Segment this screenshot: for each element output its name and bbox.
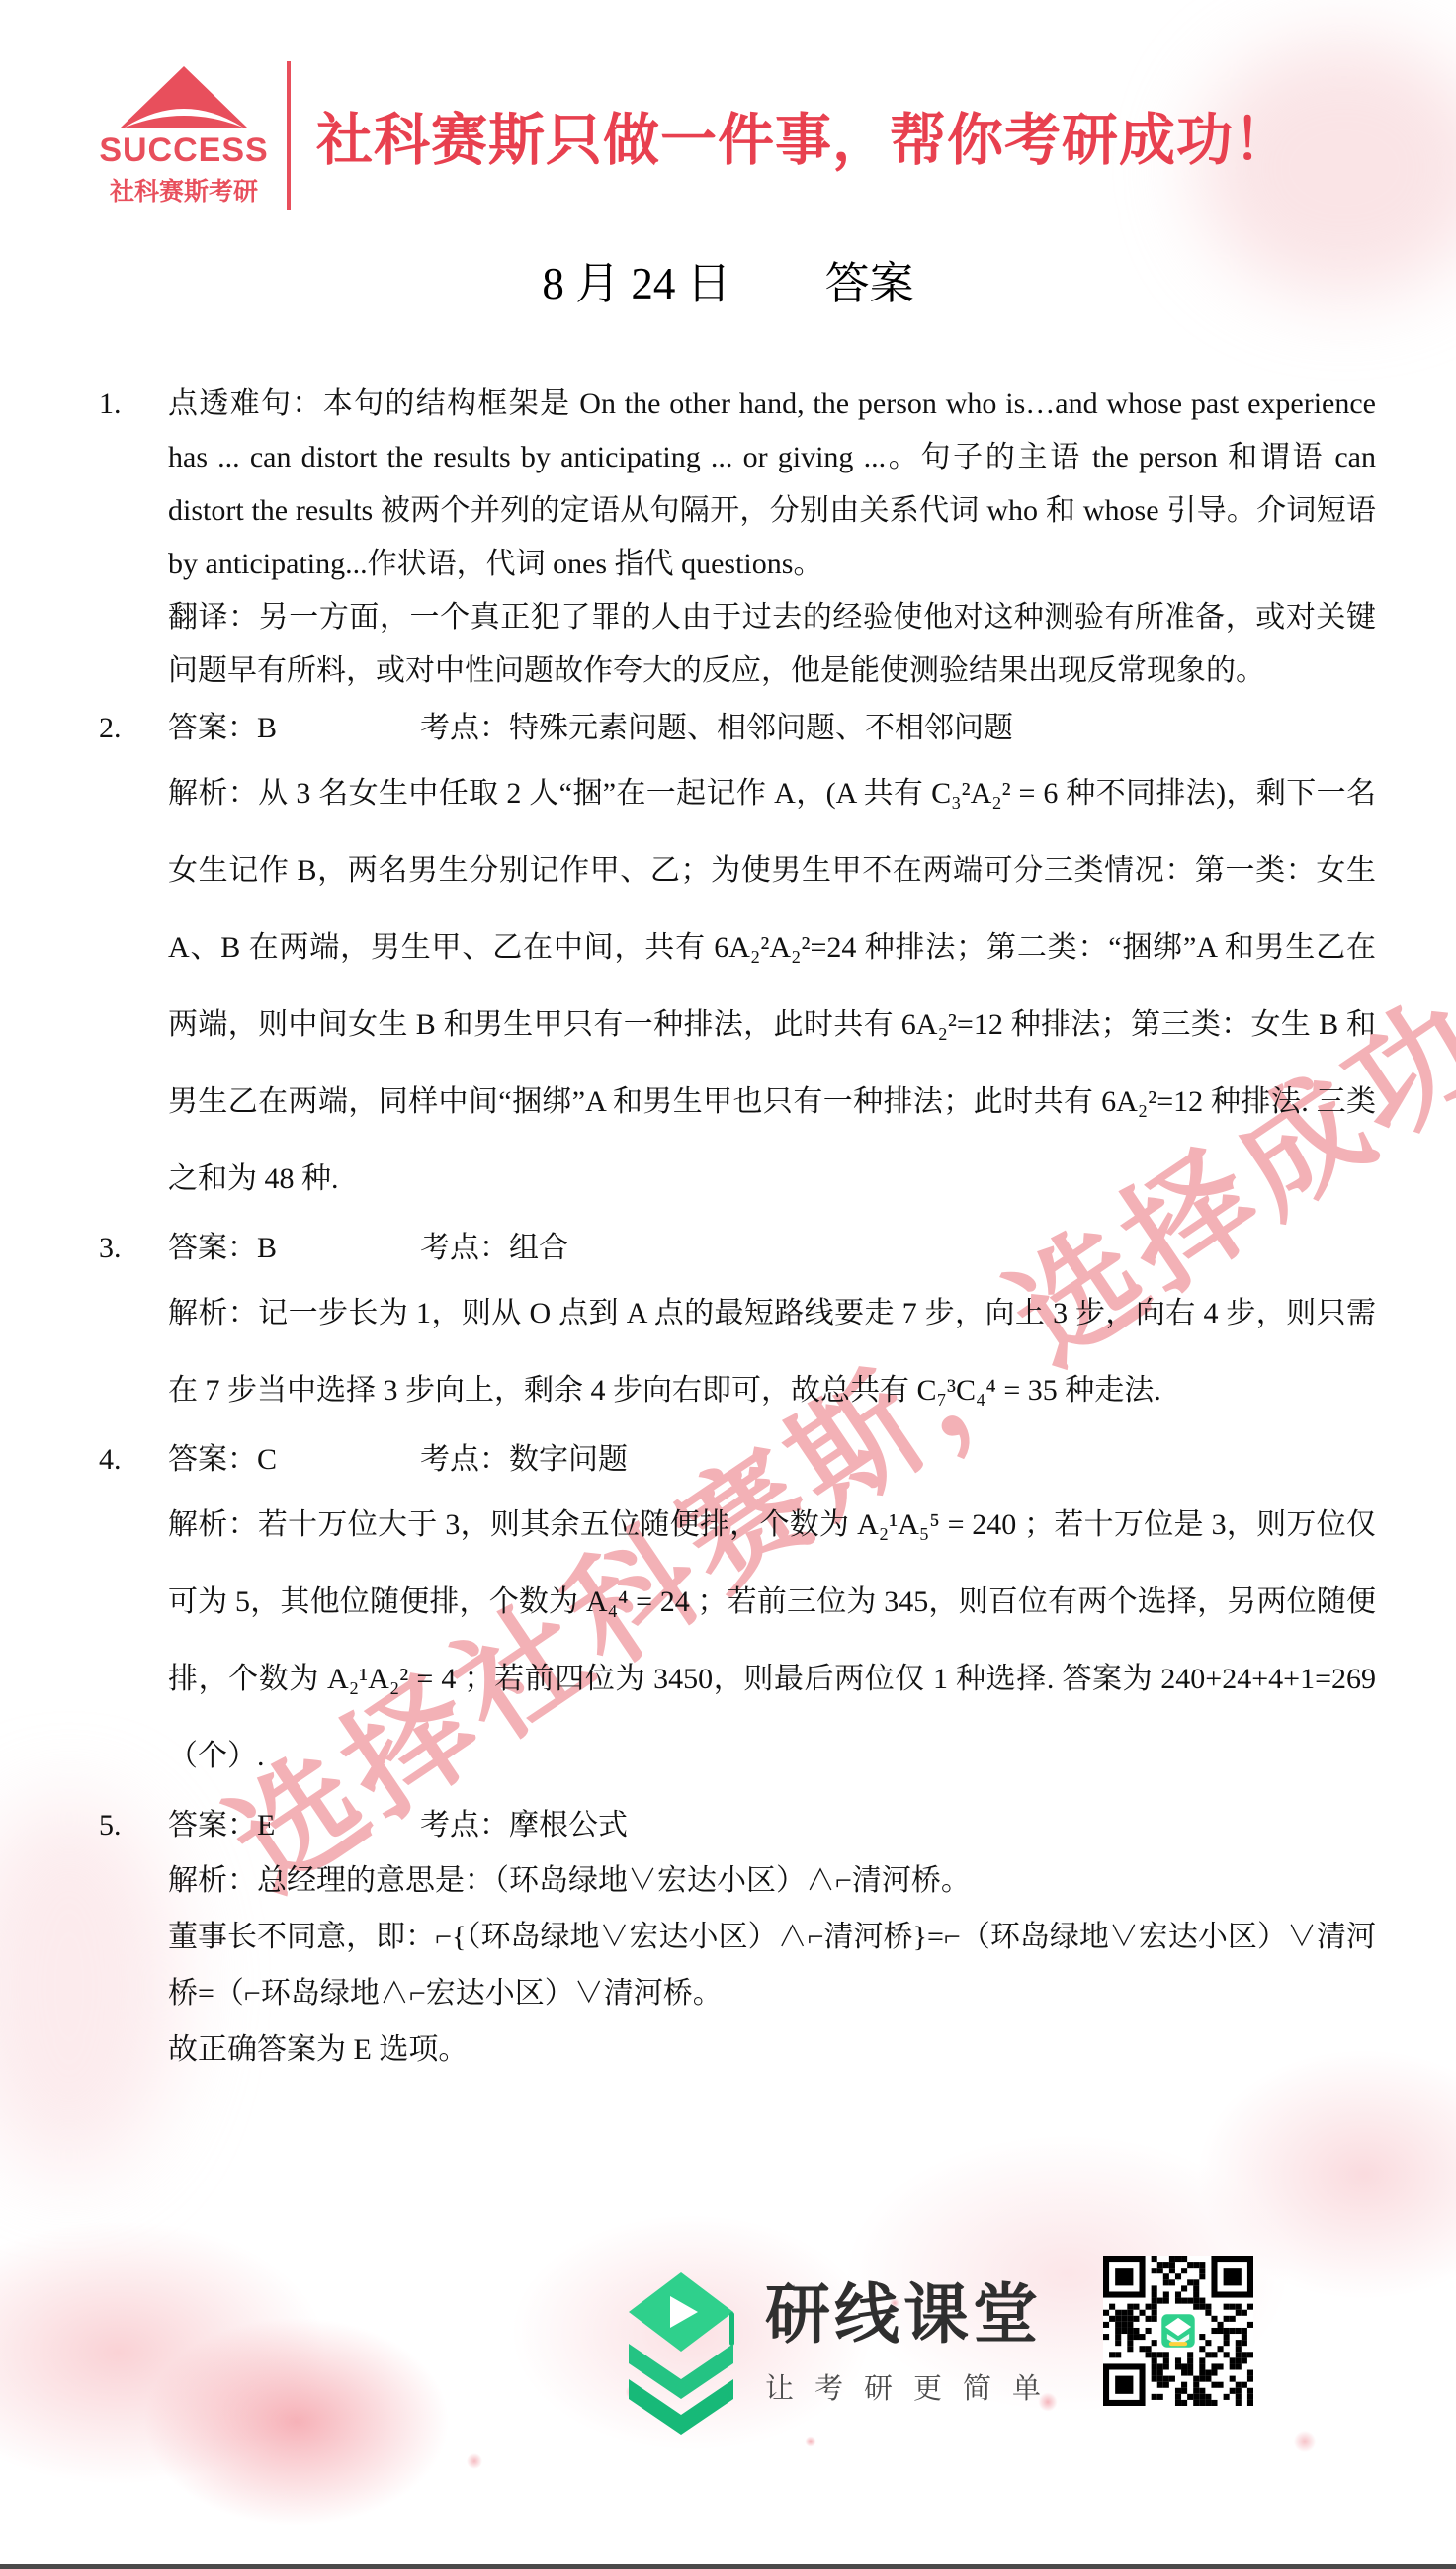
topic-label: 考点：数字问题 (420, 1433, 628, 1487)
answer-label: 答案：E (168, 1799, 420, 1852)
answer-row: 答案：E 考点：摩根公式 (168, 1799, 1376, 1852)
qr-center-logo (1160, 2313, 1196, 2349)
question-item-3: 3. 答案：B 考点：组合 解析：记一步长为 1，则从 O 点到 A 点的最短路… (99, 1222, 1376, 1429)
question-number: 4. (99, 1433, 168, 1795)
header: SUCCESS 社科赛斯考研 社科赛斯只做一件事，帮你考研成功！ (95, 61, 1397, 210)
analysis-paragraph: 解析：总经理的意思是：（环岛绿地∨宏达小区）∧⌐清河桥。 (168, 1852, 1376, 1909)
answer-label: 答案：B (168, 1222, 420, 1275)
qr-code-graphic (1099, 2256, 1257, 2406)
question-body: 点透难句：本句的结构框架是 On the other hand, the per… (168, 378, 1376, 698)
answer-row: 答案：B 考点：组合 (168, 1222, 1376, 1275)
yanxian-classroom-logo-icon (623, 2269, 739, 2435)
footer-text-block: 研线课堂 让考研更简单 (765, 2269, 1062, 2407)
question-body: 答案：C 考点：数字问题 解析：若十万位大于 3，则其余五位随便排，个数为 A₂… (168, 1433, 1376, 1795)
topic-label: 考点：组合 (420, 1222, 568, 1275)
header-divider (287, 61, 291, 210)
title-date: 8 月 24 日 (542, 247, 730, 311)
question-body: 答案：B 考点：组合 解析：记一步长为 1，则从 O 点到 A 点的最短路线要走… (168, 1222, 1376, 1429)
question-number: 3. (99, 1222, 168, 1429)
question-body: 答案：B 考点：特殊元素问题、相邻问题、不相邻问题 解析：从 3 名女生中任取 … (168, 702, 1376, 1218)
mountain-triangle-icon (119, 64, 249, 129)
answer-row: 答案：C 考点：数字问题 (168, 1433, 1376, 1487)
translation-paragraph: 翻译：另一方面，一个真正犯了罪的人由于过去的经验使他对这种测验有所准备，或对关键… (168, 591, 1376, 698)
analysis-paragraph: 解析：若十万位大于 3，则其余五位随便排，个数为 A₂¹A₅⁵ = 240 ；若… (168, 1487, 1376, 1795)
analysis-paragraph: 故正确答案为 E 选项。 (168, 2021, 1376, 2078)
question-item-5: 5. 答案：E 考点：摩根公式 解析：总经理的意思是：（环岛绿地∨宏达小区）∧⌐… (99, 1799, 1376, 2078)
footer-logo-name: 研线课堂 (765, 2278, 1062, 2351)
topic-label: 考点：摩根公式 (420, 1799, 628, 1852)
analysis-paragraph: 董事长不同意，即：⌐{（环岛绿地∨宏达小区）∧⌐清河桥}=⌐（环岛绿地∨宏达小区… (168, 1909, 1376, 2021)
title-word: 答案 (825, 247, 914, 311)
answer-label: 答案：C (168, 1433, 420, 1487)
answer-sheet-page: 选择社科赛斯，选择成功 SUCCESS 社科赛斯考研 社科赛斯只做一件事，帮你考… (0, 0, 1456, 2569)
qr-code (1099, 2256, 1257, 2406)
answers-list: 1. 点透难句：本句的结构框架是 On the other hand, the … (99, 378, 1376, 2082)
analysis-paragraph: 点透难句：本句的结构框架是 On the other hand, the per… (168, 378, 1376, 591)
topic-label: 考点：特殊元素问题、相邻问题、不相邻问题 (420, 702, 1013, 755)
question-body: 答案：E 考点：摩根公式 解析：总经理的意思是：（环岛绿地∨宏达小区）∧⌐清河桥… (168, 1799, 1376, 2078)
analysis-paragraph: 解析：记一步长为 1，则从 O 点到 A 点的最短路线要走 7 步，向上 3 步… (168, 1275, 1376, 1429)
question-number: 5. (99, 1799, 168, 2078)
success-logo: SUCCESS 社科赛斯考研 (95, 64, 273, 208)
brand-subtitle: 社科赛斯考研 (110, 172, 258, 208)
answer-row: 答案：B 考点：特殊元素问题、相邻问题、不相邻问题 (168, 702, 1376, 755)
answer-label: 答案：B (168, 702, 420, 755)
header-slogan: 社科赛斯只做一件事，帮你考研成功！ (316, 95, 1291, 176)
question-number: 1. (99, 378, 168, 698)
page-bottom-border (0, 2564, 1456, 2569)
footer-tagline: 让考研更简单 (765, 2366, 1062, 2407)
footer-brand: 研线课堂 让考研更简单 (623, 2269, 1062, 2435)
question-item-1: 1. 点透难句：本句的结构框架是 On the other hand, the … (99, 378, 1376, 698)
analysis-paragraph: 解析：从 3 名女生中任取 2 人“捆”在一起记作 A，(A 共有 C₃²A₂²… (168, 755, 1376, 1218)
question-number: 2. (99, 702, 168, 1218)
question-item-2: 2. 答案：B 考点：特殊元素问题、相邻问题、不相邻问题 解析：从 3 名女生中… (99, 702, 1376, 1218)
question-item-4: 4. 答案：C 考点：数字问题 解析：若十万位大于 3，则其余五位随便排，个数为… (99, 1433, 1376, 1795)
brand-name: SUCCESS (99, 131, 268, 170)
page-title: 8 月 24 日答案 (0, 247, 1456, 311)
